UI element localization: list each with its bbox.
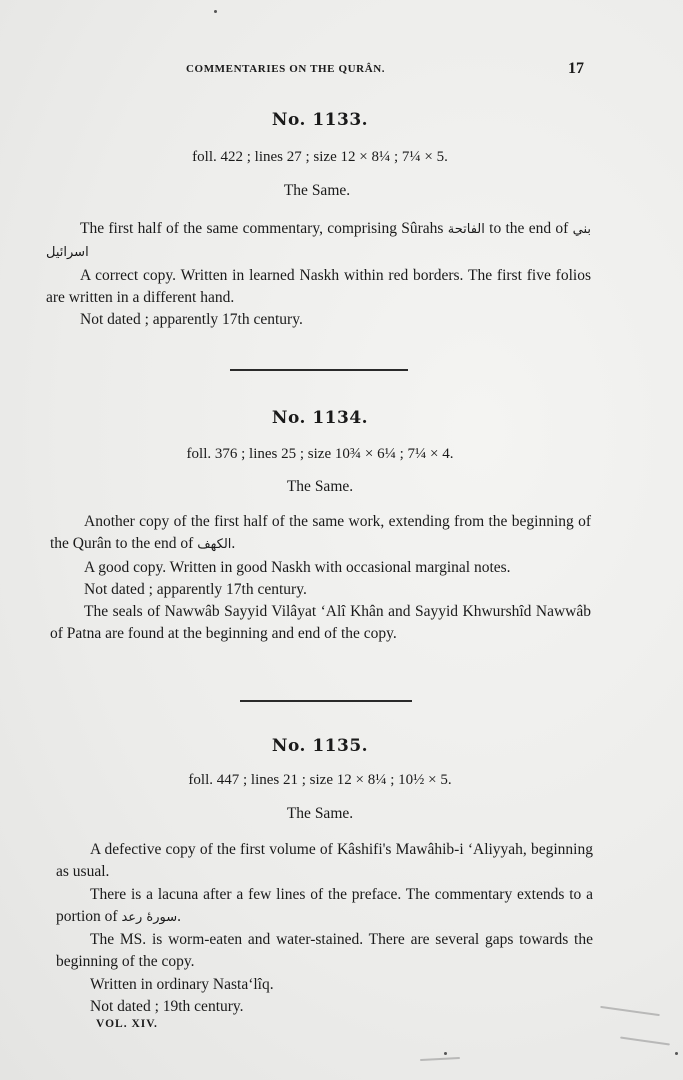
entry-meta: foll. 376 ; lines 25 ; size 10¾ × 6¼ ; 7… [0,446,640,463]
scan-speck [675,1052,678,1055]
paragraph-text: The seals of Nawwâb Sayyid Vilâyat ‘Alî … [50,601,591,646]
entry-meta: foll. 422 ; lines 27 ; size 12 × 8¼ ; 7¼… [0,149,640,166]
entry-meta: foll. 447 ; lines 21 ; size 12 × 8¼ ; 10… [0,772,640,789]
entry-title: The Same. [0,805,640,823]
paragraph-text: There is a lacuna after a few lines of t… [56,884,593,930]
entry-number: No. 1133. [0,110,640,130]
entry-paragraph: A defective copy of the first volume of … [56,839,593,1018]
entry-title: The Same. [0,182,637,200]
entry-paragraph: The first half of the same commentary, c… [46,218,591,331]
entry-number: No. 1134. [0,408,640,428]
section-divider [230,369,408,371]
section-divider [240,700,412,702]
paragraph-text: Another copy of the first half of the sa… [50,511,591,557]
arabic-text: الفاتحة [448,222,485,237]
signature-mark: VOL. XIV. [96,1018,158,1030]
arabic-text: سورهٔ رعد [121,910,177,925]
document-page: COMMENTARIES ON THE QURÂN. 17 No. 1133. … [0,0,683,1080]
entry-title: The Same. [0,478,640,496]
scan-speck [444,1052,447,1055]
scan-speck [214,10,217,13]
paragraph-text: A defective copy of the first volume of … [56,839,593,884]
paragraph-text: The first half of the same commentary, c… [46,218,591,265]
entry-paragraph: Another copy of the first half of the sa… [50,511,591,646]
scan-smudge [620,1037,670,1046]
scan-smudge [600,1006,660,1016]
paragraph-text: Not dated ; apparently 17th century. [46,309,591,331]
paragraph-text: The MS. is worm-eaten and water-stained.… [56,929,593,974]
entry-number: No. 1135. [0,736,640,756]
running-head: COMMENTARIES ON THE QURÂN. 17 [0,63,683,83]
paragraph-text: Written in ordinary Nasta‘lîq. [56,974,593,996]
paragraph-text: A correct copy. Written in learned Naskh… [46,265,591,310]
paragraph-text: Not dated ; apparently 17th century. [50,579,591,601]
scan-smudge [420,1057,460,1061]
paragraph-text: A good copy. Written in good Naskh with … [50,557,591,579]
running-title: COMMENTARIES ON THE QURÂN. [186,63,385,75]
paragraph-text: Not dated ; 19th century. [56,996,593,1018]
arabic-text: الكهف [197,537,231,552]
page-number: 17 [568,60,584,78]
